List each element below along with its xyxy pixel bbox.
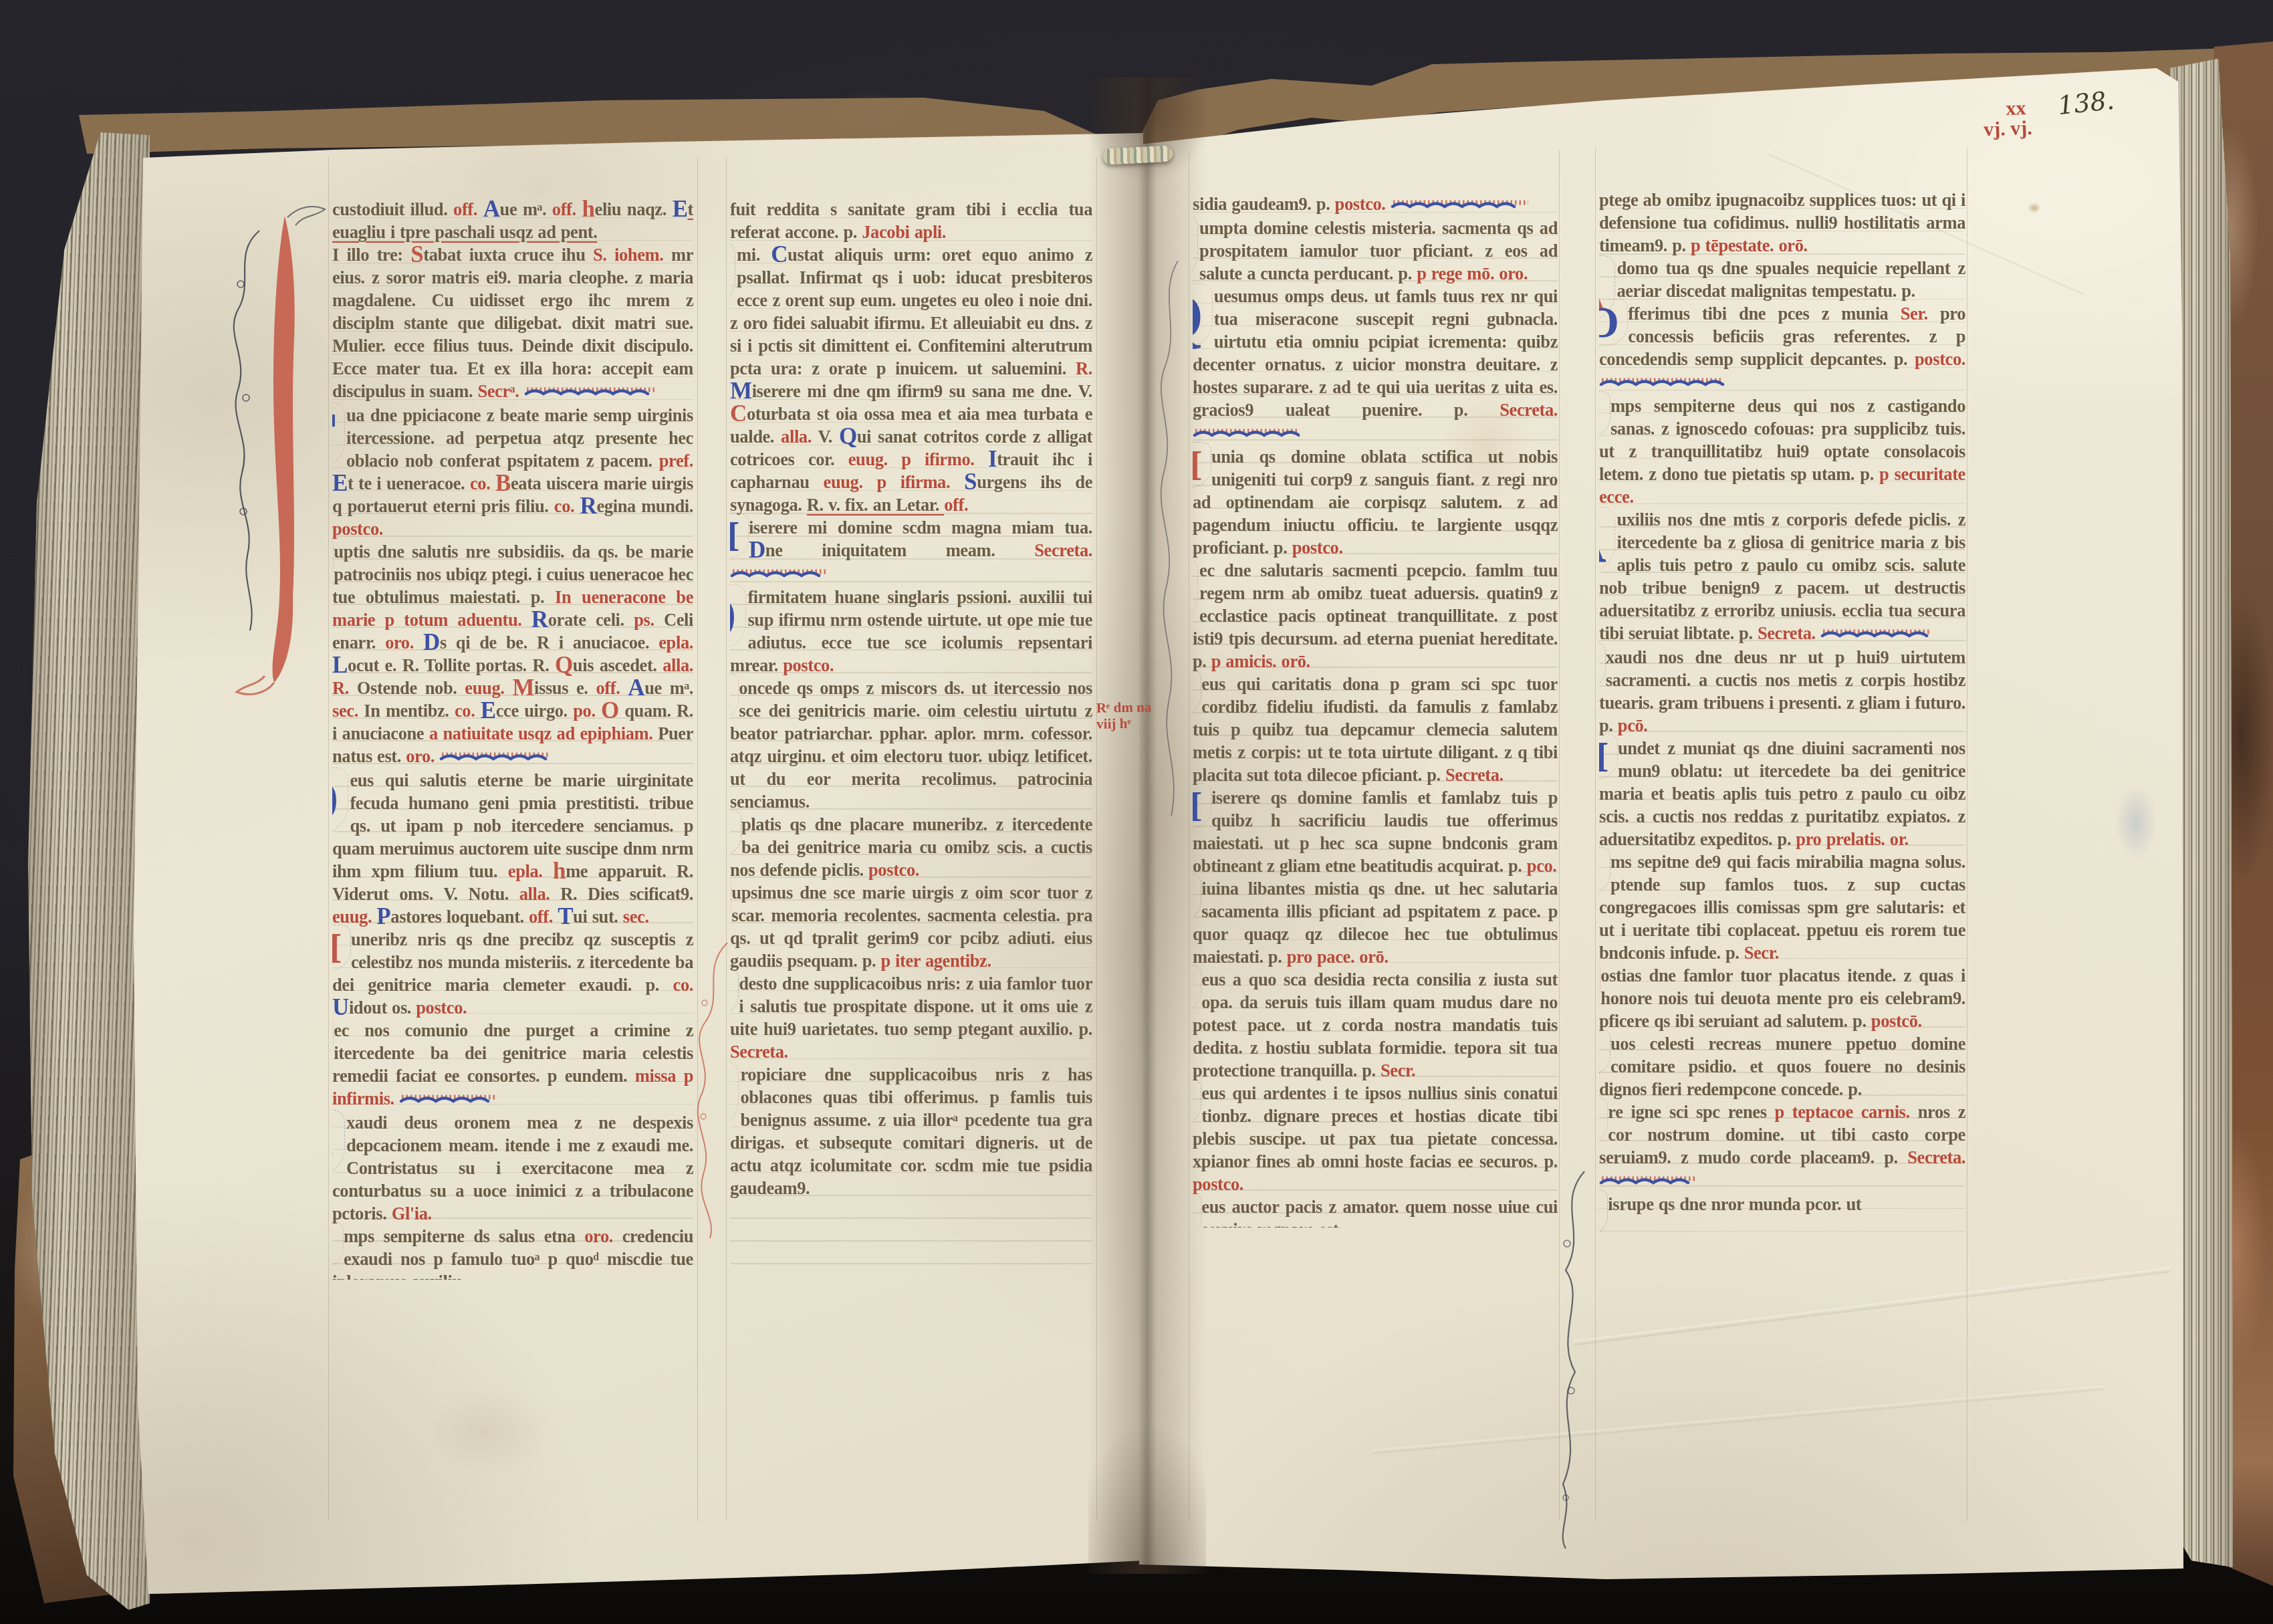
rubric-text: Secr. xyxy=(1744,943,1779,963)
rubric-text: postco. xyxy=(332,519,383,539)
prayer-paragraph: Deus qui caritatis dona p gram sci spc t… xyxy=(1193,673,1558,786)
rubric-text: p tēpestate. orō. xyxy=(1691,235,1808,255)
illuminated-initial-red: M xyxy=(1193,447,1209,485)
illuminated-initial-red: D xyxy=(1193,1084,1199,1121)
illuminated-initial-blue: U xyxy=(1599,1103,1605,1140)
rubric-text: Secreta. xyxy=(1758,623,1820,643)
body-text: custodiuit illud. xyxy=(332,199,453,219)
body-text: I illo tre: xyxy=(332,245,410,265)
inline-initial-red: Q xyxy=(555,652,573,678)
rubric-text: oro. xyxy=(584,1226,622,1246)
rubric-text: alla. xyxy=(519,884,561,904)
prayer-paragraph: Quos celesti recreas munere ppetuo domin… xyxy=(1599,1032,1965,1100)
illuminated-initial-blue: T xyxy=(332,408,342,464)
line-filler-ornament xyxy=(399,1088,499,1111)
inline-initial-blue: D xyxy=(749,537,765,563)
quire-signature-red: xx vj. vj. xyxy=(1963,98,2052,141)
body-text: isrupe qs dne nror munda pcor. ut xyxy=(1608,1194,1861,1214)
body-text: Ostende nob. xyxy=(357,678,465,698)
left-page-column-2: fuit reddita s sanitate gram tibi i eccl… xyxy=(730,198,1092,1276)
illuminated-initial-red: O xyxy=(1599,396,1608,434)
illuminated-initial-blue: Q xyxy=(1193,289,1210,345)
rubric-text: oro. xyxy=(406,746,439,766)
body-text: uos celesti recreas munere ppetuo domine… xyxy=(1599,1034,1965,1099)
inline-initial-red: h xyxy=(582,198,594,222)
body-text: In mentibz. xyxy=(364,701,455,721)
prayer-paragraph: I illo tre: Stabat iuxta cruce ihu S. io… xyxy=(332,243,693,404)
body-text: tabat iuxta cruce ihu xyxy=(423,245,593,265)
body-text: mps sempiterne ds salus etna xyxy=(344,1226,584,1246)
prayer-paragraph: hec nos comunio dne purget a crimine z i… xyxy=(332,1019,693,1111)
prayer-paragraph: Concede qs omps z miscors ds. ut iterces… xyxy=(730,677,1092,813)
inline-initial-blue: A xyxy=(483,198,500,222)
rubric-text: postco. xyxy=(1335,194,1391,214)
inline-initial-red: B xyxy=(495,470,511,496)
illuminated-initial-blue: D xyxy=(332,773,346,829)
prayer-paragraph: hmi. Custat aliquis urm: oret equo animo… xyxy=(730,243,1092,516)
rubric-text: Secrᵃ. xyxy=(477,381,523,401)
body-text: orate celi. xyxy=(548,610,634,630)
illuminated-initial-blue: D xyxy=(730,590,743,646)
rubric-text: ps. xyxy=(634,610,664,630)
body-text: eus auctor pacis z amator. quem nosse ui… xyxy=(1201,1197,1558,1228)
body-text: V. xyxy=(818,427,839,447)
body-text: ue mᵃ. xyxy=(500,199,552,219)
prayer-paragraph: Omps sempiterne deus qui nos z castigand… xyxy=(1599,394,1965,508)
rubric-text: pcō. xyxy=(1618,715,1648,735)
inline-initial-red: S xyxy=(410,241,423,267)
illuminated-initial-blue: O xyxy=(1599,304,1625,342)
rubric-text: postco. xyxy=(416,998,467,1018)
rubric-text: euug. p ifirma. xyxy=(824,472,965,492)
inline-initial-blue: P xyxy=(376,903,390,929)
illuminated-initial-blue: D xyxy=(1193,970,1199,1008)
body-text: egina mundi. xyxy=(596,496,693,516)
body-text: eus qui ardentes i te ipsos nullius sini… xyxy=(1193,1083,1558,1171)
body-text: unia qs domine oblata sctifica ut nobis … xyxy=(1193,447,1558,558)
body-text: sidia gaudeam9. p. xyxy=(1193,194,1335,214)
body-text: xaudi deus oronem mea z ne despexis depc… xyxy=(332,1113,693,1224)
prayer-paragraph: Auxiliis nos dne mtis z corporis defede … xyxy=(1599,508,1965,646)
inline-initial-red: M xyxy=(512,675,534,701)
rubric-text: sec. xyxy=(623,907,649,927)
marginal-note-line2: viij hᵉ xyxy=(1096,715,1152,731)
body-text: mr eius. z soror matris ei9. maria cleop… xyxy=(332,245,693,401)
rubric-text: Secreta. xyxy=(1034,540,1092,560)
illuminated-initial-red: D xyxy=(1193,675,1199,712)
body-text: t te i ueneracoe. xyxy=(348,473,470,493)
prayer-paragraph: Muneribz nris qs dne precibz qz suscepti… xyxy=(332,928,693,1019)
left-page-column-1: custodiuit illud. off. Aue mᵃ. off. heli… xyxy=(332,198,693,1280)
illuminated-initial-red: E xyxy=(1599,648,1603,685)
prayer-paragraph: Oplatis qs dne placare muneribz. z iterc… xyxy=(730,813,1092,881)
body-text: uneribz nris qs dne precibz qz susceptis… xyxy=(332,929,693,995)
rubric-text: off. xyxy=(453,199,483,219)
inline-initial-blue: D xyxy=(423,629,440,655)
body-text: undet z muniat qs dne diuini sacramenti … xyxy=(1599,738,1965,849)
right-page-column-1: sidia gaudeam9. p. postco. Sumpta domine… xyxy=(1193,193,1558,1228)
rubric-text: postco. xyxy=(1193,1174,1243,1194)
illuminated-initial-red: D xyxy=(1599,1195,1605,1232)
illuminated-initial-red: Q xyxy=(1599,1034,1608,1072)
illuminated-initial-blue: A xyxy=(1599,512,1612,568)
rubric-text: R. xyxy=(1076,358,1092,378)
rubric-text: postco. xyxy=(1292,538,1343,558)
rubric-text: off. xyxy=(596,678,628,698)
body-text: desto dne supplicacoibus nris: z uia fam… xyxy=(730,973,1092,1039)
body-text: iserere mi dne qm ifirm9 su sana me dne.… xyxy=(752,381,1092,401)
ruling-line xyxy=(726,157,727,1521)
body-text: cce uirgo. xyxy=(496,701,573,721)
body-text: eliu naqz. xyxy=(595,199,673,219)
body-text: astores loquebant. xyxy=(390,907,529,927)
marginal-rubric-note: Rᵉ dm na viij hᵉ xyxy=(1096,699,1152,731)
rubric-text: Gl'ia. xyxy=(392,1203,432,1224)
inline-initial-blue: A xyxy=(628,675,644,701)
prayer-paragraph: Dfirmitatem huane singlaris pssioni. aux… xyxy=(730,586,1092,677)
line-filler-ornament xyxy=(1391,194,1531,217)
inline-initial-blue: Q xyxy=(839,423,857,449)
inline-initial-blue: R xyxy=(531,606,548,632)
inline-initial-red: C xyxy=(730,400,747,427)
quire-signature-line2: vj. vj. xyxy=(1964,118,2052,141)
rubric-text: Secr. xyxy=(1381,1060,1415,1080)
right-page-column-2: ptege ab omibz ipugnacoibz supplices tuo… xyxy=(1599,189,1965,1253)
illuminated-initial-blue: M xyxy=(1599,739,1615,776)
initial-I-penwork-flourish xyxy=(213,197,346,705)
line-filler-ornament xyxy=(1599,372,1726,394)
marginal-note-line1: Rᵉ dm na xyxy=(1096,699,1152,715)
rubric-text: p iter agentibz. xyxy=(881,951,991,971)
body-text: ui sut. xyxy=(573,907,623,927)
prayer-paragraph: ptege ab omibz ipugnacoibz supplices tuo… xyxy=(1599,189,1965,257)
prayer-paragraph: Ure igne sci spc renes p teptacoe carnis… xyxy=(1599,1100,1965,1193)
rubric-text: Secreta. xyxy=(1907,1147,1965,1167)
prayer-paragraph: Deus qui salutis eterne be marie uirgini… xyxy=(332,769,693,928)
rubric-text: pro pace. orō. xyxy=(1287,947,1389,967)
prayer-paragraph: Quesumus omps deus. ut famls tuus rex nr… xyxy=(1193,285,1558,445)
body-text: ms sepitne de9 qui facis mirabilia magna… xyxy=(1599,852,1965,963)
rubric-text: euug. p ifirmo. xyxy=(848,449,988,469)
prayer-paragraph: Adomo tua qs dne spuales nequicie repell… xyxy=(1599,257,1965,302)
illuminated-initial-red: E xyxy=(332,1115,342,1171)
illuminated-initial-blue: O xyxy=(332,1227,341,1264)
inline-initial-blue: T xyxy=(558,903,573,929)
rubric-text: a natiuitate usqz ad epiphiam. xyxy=(429,723,658,743)
illuminated-initial-blue: M xyxy=(730,518,746,556)
body-text: ua dne ppiciacone z beate marie semp uir… xyxy=(346,405,693,471)
rubric-text: co. xyxy=(455,701,481,721)
body-text: re igne sci spc renes xyxy=(1608,1102,1774,1122)
folio-number: 138. xyxy=(2056,86,2116,121)
line-filler-ornament xyxy=(439,746,553,769)
rubric-text: pref. xyxy=(659,451,693,471)
prayer-paragraph: custodiuit illud. off. Aue mᵃ. off. heli… xyxy=(332,198,693,243)
illuminated-initial-blue: P xyxy=(730,1067,736,1123)
inline-initial-blue: I xyxy=(988,446,997,472)
rubric-text: sec. xyxy=(332,701,364,721)
illuminated-initial-red: h xyxy=(730,247,733,304)
illuminated-initial-blue: C xyxy=(730,679,736,716)
body-text: idout os. xyxy=(349,998,416,1018)
prayer-paragraph: Munia qs domine oblata sctifica ut nobis… xyxy=(1193,445,1558,559)
red-underlined-text: R. v. fix. an Letar. xyxy=(807,495,944,515)
prayer-paragraph: Tua dne ppiciacone z beate marie semp ui… xyxy=(332,404,693,540)
body-text: fferimus tibi dne pces z munia xyxy=(1628,304,1900,324)
illuminated-initial-red: O xyxy=(730,815,739,852)
rubric-text: off. xyxy=(552,199,582,219)
rubric-text: epla. xyxy=(508,861,553,881)
inline-initial-red: h xyxy=(553,858,566,884)
illuminated-initial-red: A xyxy=(730,974,736,1012)
body-text: ropiciare dne supplicacoibus nris z has … xyxy=(730,1064,1092,1198)
rubric-text: p teptacoe carnis. xyxy=(1775,1102,1918,1122)
black-penwork-margin-curls xyxy=(1145,254,1198,856)
prayer-paragraph: Diuina libantes mistia qs dne. ut hec sa… xyxy=(1193,877,1558,968)
ruling-line xyxy=(697,157,698,1521)
rubric-text: postco. xyxy=(1915,349,1965,369)
body-text: oncede qs omps z miscors ds. ut itercess… xyxy=(730,678,1092,812)
body-text: eus a quo sca desidia recta consilia z i… xyxy=(1193,969,1558,1080)
prayer-paragraph: Adesto dne supplicacoibus nris: z uia fa… xyxy=(730,972,1092,1063)
rubric-text: off. xyxy=(944,495,968,515)
prayer-paragraph: hec dne salutaris sacmenti pcepcio. faml… xyxy=(1193,559,1558,673)
rubric-text: co. xyxy=(554,496,580,516)
line-filler-ornament xyxy=(1820,623,1934,646)
line-filler-ornament xyxy=(1599,1170,1699,1193)
body-text: ue mᵃ. xyxy=(644,678,693,698)
prayer-paragraph: sidia gaudeam9. p. postco. xyxy=(1193,193,1558,217)
prayer-paragraph: Exaudi deus oronem mea z ne despexis dep… xyxy=(332,1111,693,1225)
illuminated-initial-blue: D xyxy=(1193,1197,1199,1228)
prayer-paragraph: Omps sempiterne ds salus etna oro. crede… xyxy=(332,1225,693,1280)
rubric-text: Secreta. xyxy=(1500,400,1558,420)
illuminated-initial-blue: M xyxy=(1193,788,1209,826)
prayer-paragraph: Supsimus dne sce marie uirgis z oim scor… xyxy=(730,881,1092,972)
prayer-paragraph: Deus a quo sca desidia recta consilia z … xyxy=(1193,968,1558,1082)
inline-initial-blue: E xyxy=(481,697,496,723)
inline-initial-red: O xyxy=(601,697,619,723)
prayer-paragraph: fuit reddita s sanitate gram tibi i eccl… xyxy=(730,198,1092,243)
rubric-text: po. xyxy=(573,701,601,721)
line-filler-ornament xyxy=(1193,423,1300,445)
prayer-paragraph: Miserere qs domine famlis et famlabz tui… xyxy=(1193,786,1558,877)
inline-initial-blue: C xyxy=(771,241,788,267)
body-text: ocut e. R. Tollite portas. R. xyxy=(348,655,555,675)
line-filler-ornament xyxy=(524,381,658,404)
rubric-text: pco. xyxy=(1527,856,1557,876)
quire-signature-line1: xx xyxy=(1981,98,2051,120)
prayer-paragraph: Exaudi nos dne deus nr ut p hui9 uirtute… xyxy=(1599,646,1965,737)
rubric-text: euug. xyxy=(465,678,512,698)
body-text: mi. xyxy=(737,245,771,265)
body-text: R. Dies scificat9. xyxy=(560,884,693,904)
rubric-text: oro. xyxy=(385,632,423,653)
rubric-text: Secreta. xyxy=(730,1042,788,1062)
rubric-text: Ser. xyxy=(1901,304,1940,324)
prayer-paragraph: Offerimus tibi dne pces z munia Ser. pro… xyxy=(1599,302,1965,394)
body-text: ne iniquitatem meam. xyxy=(765,540,1034,560)
rubric-text: S. iohem. xyxy=(593,245,671,265)
prayer-paragraph: Oms sepitne de9 qui facis mirabilia magn… xyxy=(1599,850,1965,964)
rubric-text: co. xyxy=(470,473,495,493)
prayer-paragraph: Deus auctor pacis z amator. quem nosse u… xyxy=(1193,1195,1558,1228)
rubric-text: off. xyxy=(529,907,558,927)
rubric-text: postco. xyxy=(868,860,919,880)
inline-initial-blue: E xyxy=(332,470,348,496)
body-text: iserere qs domine famlis et famlabz tuis… xyxy=(1193,788,1558,876)
body-text: uis ascedet. xyxy=(573,655,663,675)
rubric-text: postcō. xyxy=(1871,1011,1922,1031)
body-text: s qi de be. R i anuciacoe. xyxy=(440,632,659,653)
prayer-paragraph: Sumpta domine celestis misteria. sacment… xyxy=(1193,217,1558,285)
illuminated-initial-red: M xyxy=(332,930,348,967)
rubric-text: epla. xyxy=(659,632,693,653)
body-text: iserere mi domine scdm magna miam tua. xyxy=(749,517,1092,538)
rubric-text: p amicis. orō. xyxy=(1211,651,1310,671)
rubric-text: p rege mō. oro. xyxy=(1417,263,1528,283)
prayer-paragraph: hostias dne famlor tuor placatus itende.… xyxy=(1599,964,1965,1032)
line-filler-ornament xyxy=(730,563,830,586)
body-text: domo tua qs dne spuales nequicie repella… xyxy=(1617,258,1965,301)
inline-initial-blue: U xyxy=(332,994,349,1020)
body-text: issus e. xyxy=(534,678,596,698)
illuminated-initial-blue: h xyxy=(1193,563,1195,619)
inline-initial-blue: E xyxy=(673,198,688,222)
prayer-paragraph: Miserere mi domine scdm magna miam tua. … xyxy=(730,516,1092,586)
inline-initial-blue: R xyxy=(580,493,597,519)
prayer-paragraph: Mundet z muniat qs dne diuini sacramenti… xyxy=(1599,737,1965,850)
prayer-paragraph: Disrupe qs dne nror munda pcor. ut xyxy=(1599,1193,1965,1215)
rubric-text: Secreta. xyxy=(1445,765,1504,785)
rubric-text: alla. xyxy=(781,427,818,447)
illuminated-initial-red: D xyxy=(1193,879,1199,917)
illuminated-initial-red: S xyxy=(1193,221,1195,277)
inline-initial-blue: L xyxy=(332,652,348,678)
ruling-line xyxy=(1967,147,1967,1521)
illuminated-initial-red: O xyxy=(1599,852,1608,890)
inline-initial-blue: S xyxy=(964,469,977,495)
manuscript-photo: custodiuit illud. off. Aue mᵃ. off. heli… xyxy=(0,0,2273,1624)
body-text: xaudi nos dne deus nr ut p hui9 uirtutem… xyxy=(1599,647,1965,735)
rubric-text: postco. xyxy=(783,655,834,675)
prayer-paragraph: Propiciare dne supplicacoibus nris z has… xyxy=(730,1063,1092,1199)
rubric-text: pro prelatis. or. xyxy=(1796,829,1908,849)
prayer-paragraph: Deus qui ardentes i te ipsos nullius sin… xyxy=(1193,1082,1558,1195)
rubric-text: Jacobi apli. xyxy=(862,222,946,242)
rubric-text: co. xyxy=(673,975,693,995)
prayer-paragraph: Suptis dne salutis nre subsidiis. da qs.… xyxy=(332,540,693,769)
ruling-line xyxy=(1096,157,1097,1521)
